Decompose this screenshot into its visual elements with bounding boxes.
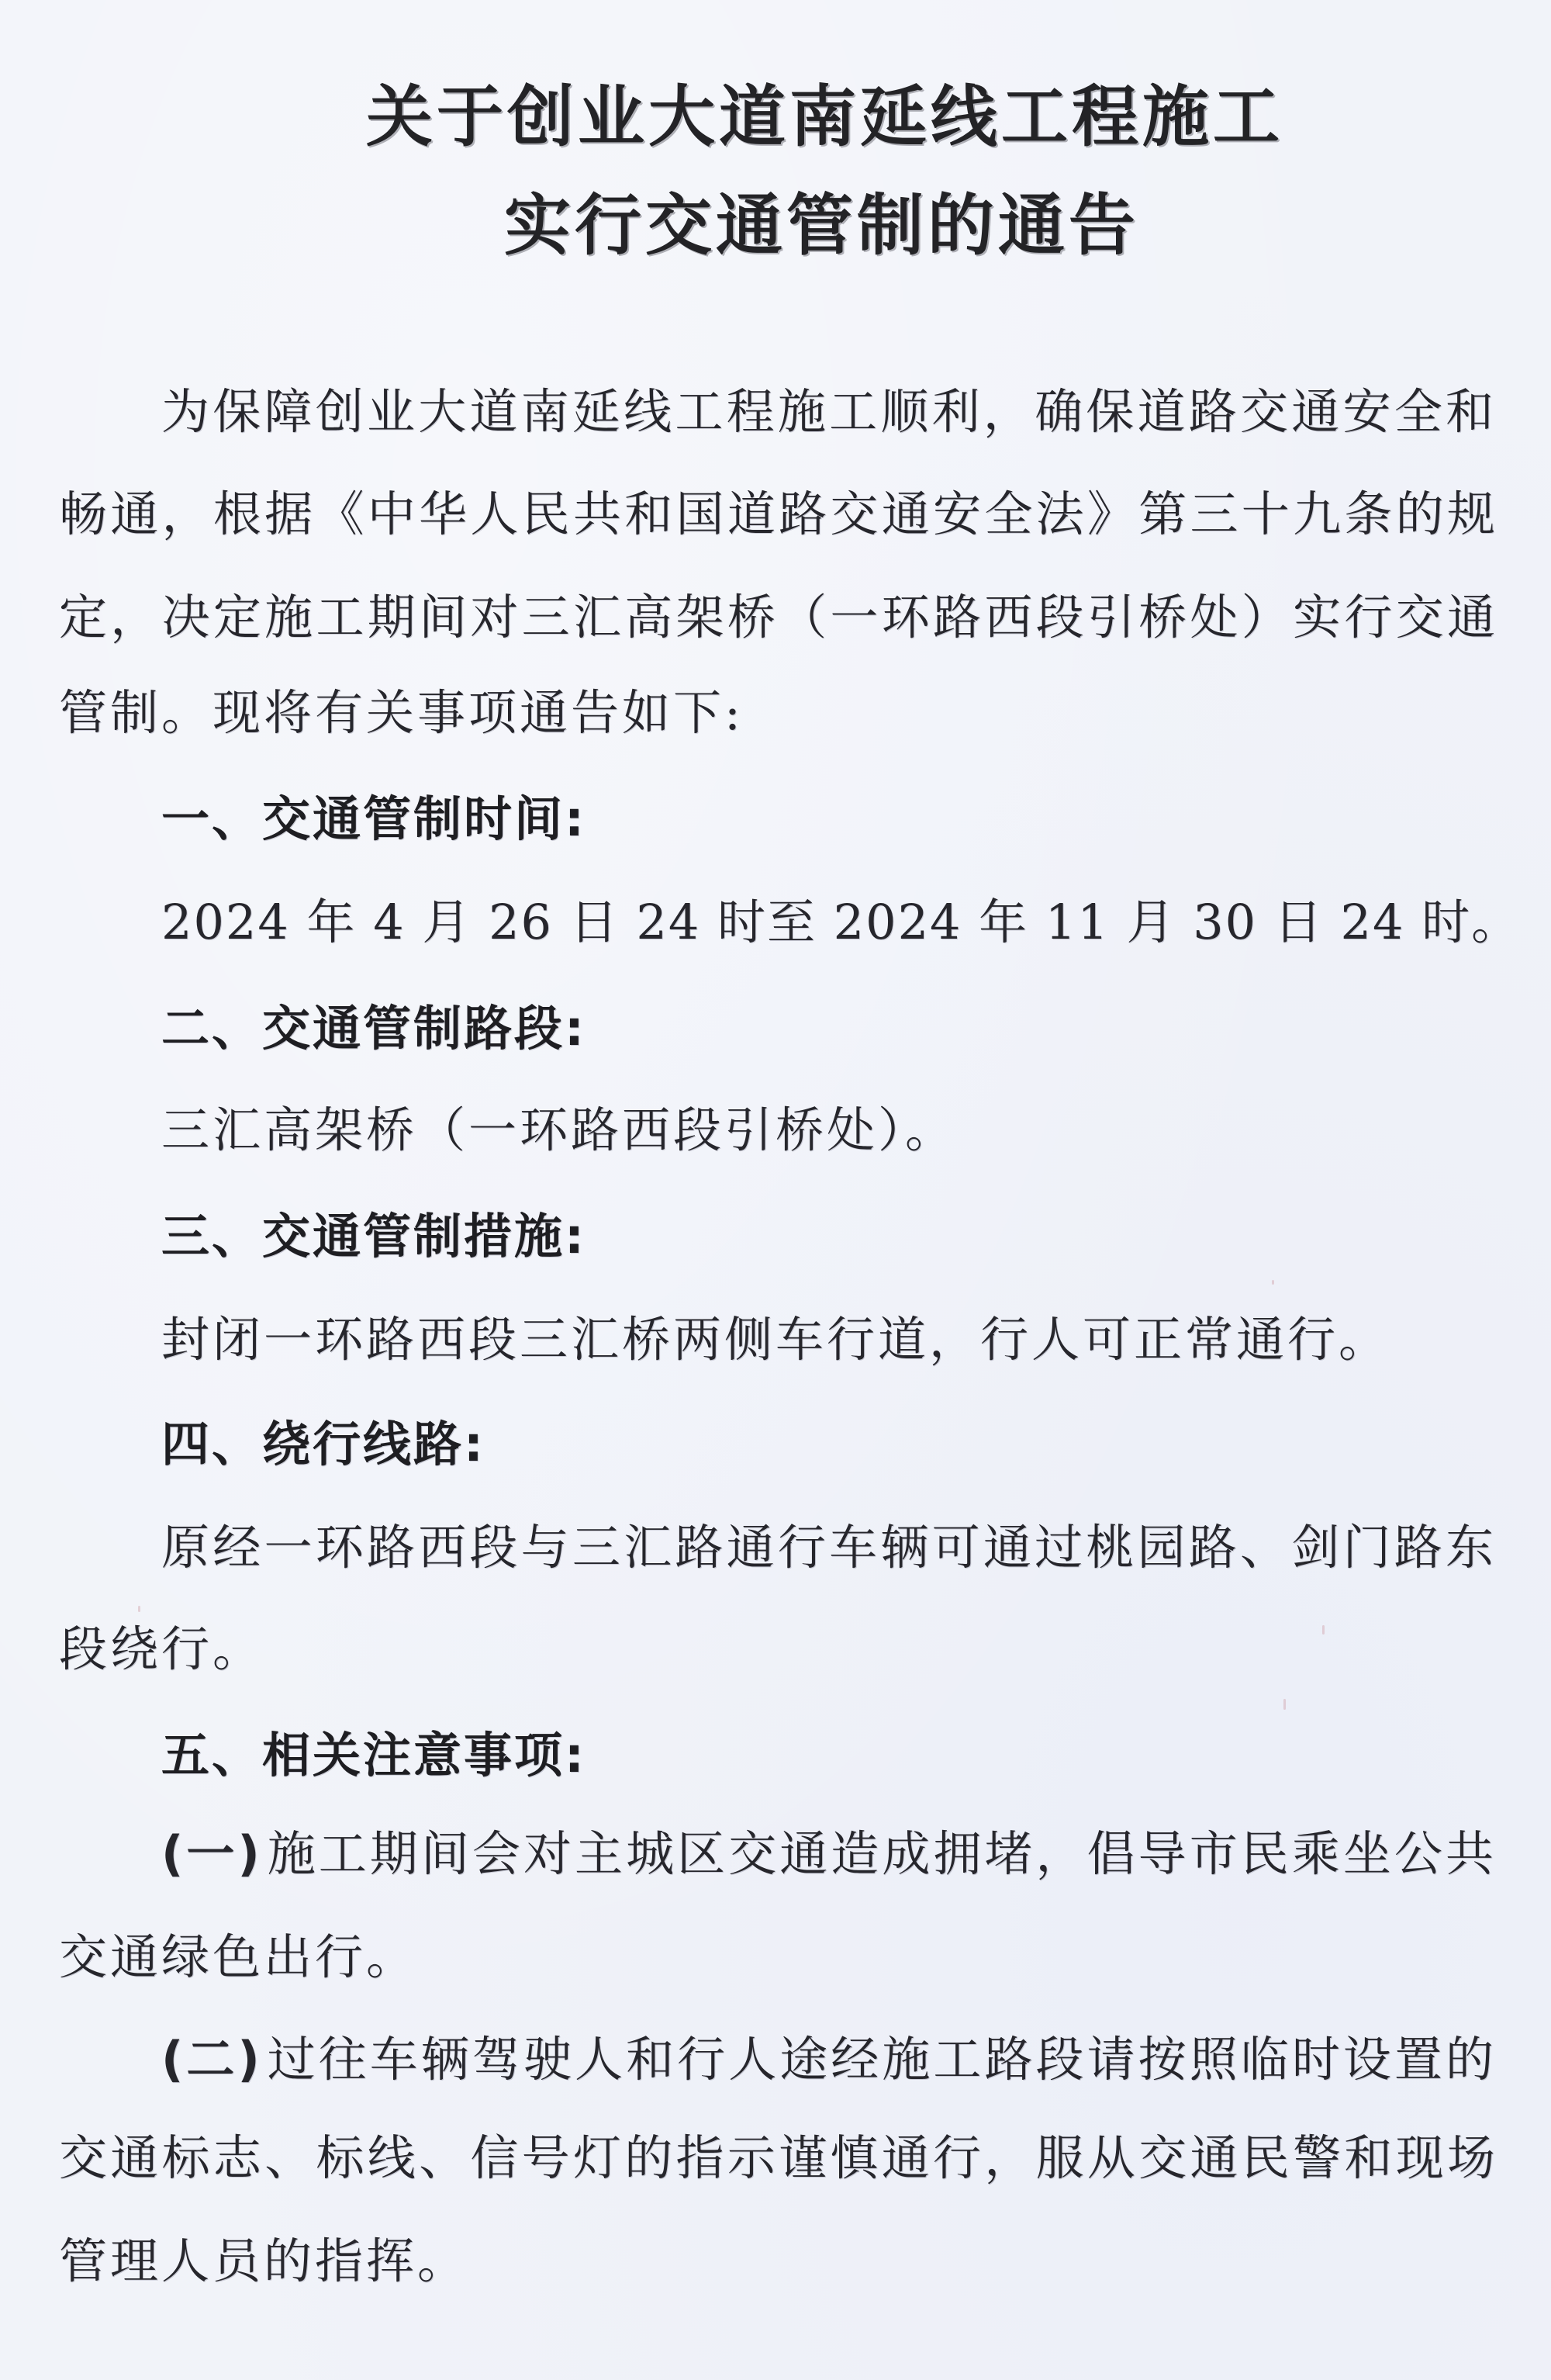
note-item-1-text: 施工期间会对主城区交通造成拥堵，倡导市民乘坐公共 bbox=[268, 1830, 1497, 1878]
scan-speck bbox=[1272, 1280, 1274, 1285]
scan-speck bbox=[1322, 1625, 1325, 1635]
control-time-text: 2024 年 4 月 26 日 24 时至 2024 年 11 月 30 日 2… bbox=[161, 898, 1521, 946]
document-page: 关于创业大道南延线工程施工 实行交通管制的通告 为保障创业大道南延线工程施工顺利… bbox=[0, 0, 1551, 2380]
note-item-1-line-1: (一) 施工期间会对主城区交通造成拥堵，倡导市民乘坐公共 bbox=[161, 1830, 1497, 1878]
section-heading-control-section: 二、交通管制路段: bbox=[161, 1005, 586, 1053]
note-item-2-line-1: (二) 过往车辆驾驶人和行人途经施工路段请按照临时设置的 bbox=[161, 2036, 1497, 2084]
note-item-2-line-3: 管理人员的指挥。 bbox=[59, 2237, 468, 2285]
note-item-1-line-2: 交通绿色出行。 bbox=[59, 1933, 417, 1981]
control-section-text: 三汇高架桥（一环路西段引桥处）。 bbox=[161, 1106, 956, 1154]
detour-route-line-2: 段绕行。 bbox=[59, 1625, 264, 1673]
intro-paragraph-line-4: 管制。现将有关事项通告如下: bbox=[59, 689, 744, 737]
note-item-2-marker: (二) bbox=[161, 2036, 263, 2084]
intro-paragraph-line-3: 定，决定施工期间对三汇高架桥（一环路西段引桥处）实行交通 bbox=[59, 593, 1498, 642]
section-heading-control-measures: 三、交通管制措施: bbox=[161, 1212, 586, 1261]
note-item-1-marker: (一) bbox=[161, 1830, 263, 1878]
note-item-2-line-2: 交通标志、标线、信号灯的指示谨慎通行，服从交通民警和现场 bbox=[59, 2134, 1498, 2182]
intro-paragraph-line-1: 为保障创业大道南延线工程施工顺利，确保道路交通安全和 bbox=[161, 388, 1497, 436]
section-heading-detour-route: 四、绕行线路: bbox=[161, 1420, 485, 1468]
document-title-line-2: 实行交通管制的通告 bbox=[504, 192, 1140, 259]
document-title-line-1: 关于创业大道南延线工程施工 bbox=[366, 84, 1289, 150]
note-item-2-text: 过往车辆驾驶人和行人途经施工路段请按照临时设置的 bbox=[268, 2036, 1497, 2084]
scan-speck bbox=[1283, 1699, 1286, 1710]
section-heading-notes: 五、相关注意事项: bbox=[161, 1731, 586, 1780]
section-heading-control-time: 一、交通管制时间: bbox=[161, 795, 586, 843]
control-measures-text: 封闭一环路西段三汇桥两侧车行道，行人可正常通行。 bbox=[161, 1316, 1390, 1364]
intro-paragraph-line-2: 畅通，根据《中华人民共和国道路交通安全法》第三十九条的规 bbox=[59, 490, 1498, 538]
scan-speck bbox=[138, 1606, 140, 1612]
detour-route-line-1: 原经一环路西段与三汇路通行车辆可通过桃园路、剑门路东 bbox=[161, 1524, 1497, 1572]
